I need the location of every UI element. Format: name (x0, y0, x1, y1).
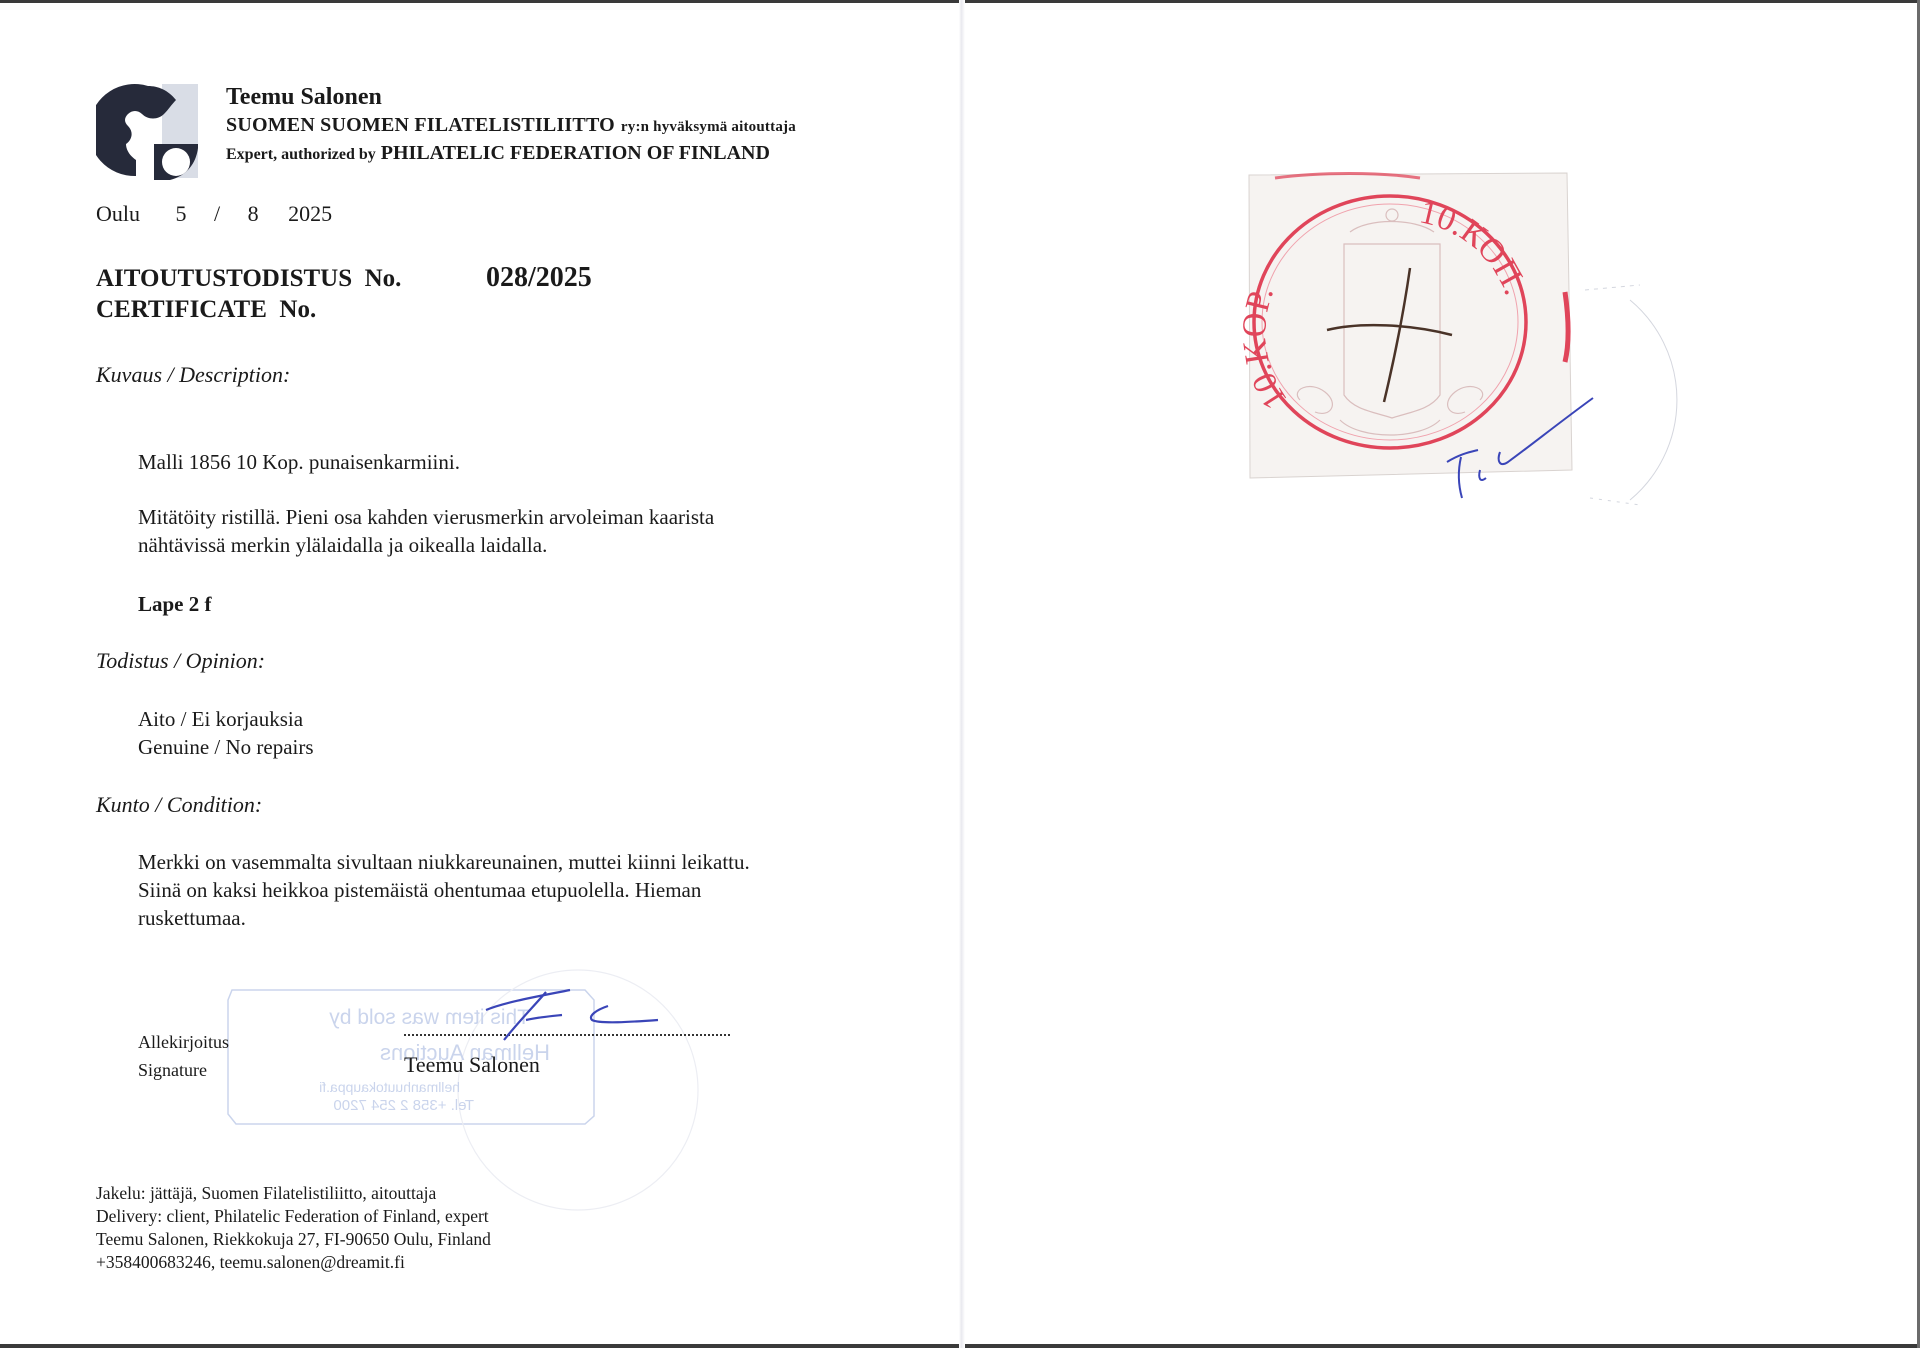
stamp-image: 10.KOP. 10.КОП. (0, 0, 1920, 1348)
